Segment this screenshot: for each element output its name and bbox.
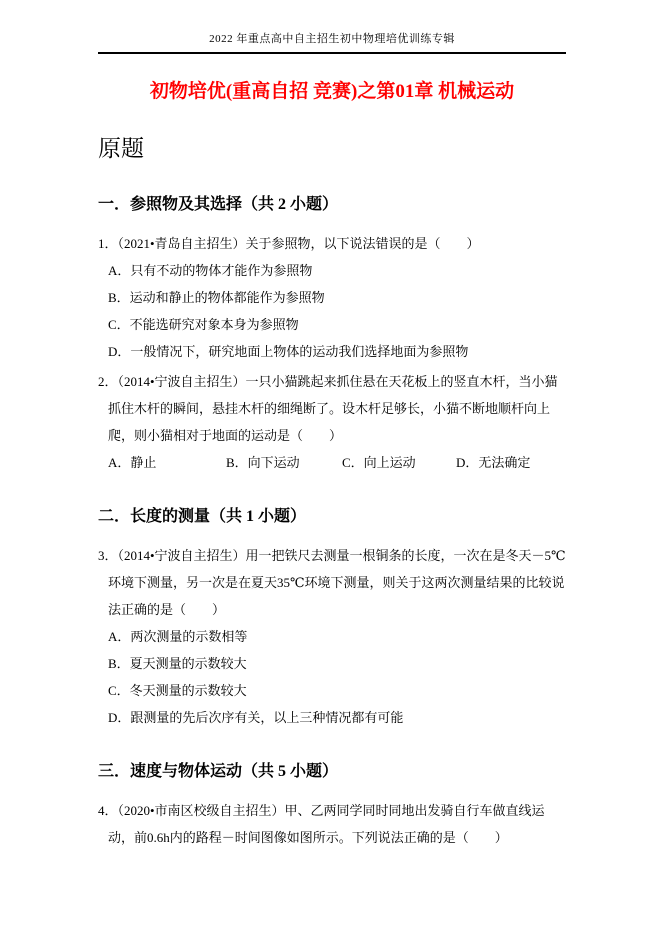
document-content: 2022 年重点高中自主招生初中物理培优训练专辑 初物培优(重高自招 竞赛)之第… <box>0 0 661 851</box>
option-c: C．不能选研究对象本身为参照物 <box>98 311 566 338</box>
document-page: 2022 年重点高中自主招生初中物理培优训练专辑 初物培优(重高自招 竞赛)之第… <box>0 0 661 935</box>
option-a: A．只有不动的物体才能作为参照物 <box>98 257 566 284</box>
question-options: A．两次测量的示数相等 B．夏天测量的示数较大 C．冬天测量的示数较大 D．跟测… <box>98 623 566 731</box>
question-2: 2．（2014•宁波自主招生）一只小猫跳起来抓住悬在天花板上的竖直木杆，当小猫抓… <box>98 368 566 476</box>
section-length-measurement: 二．长度的测量（共 1 小题） 3．（2014•宁波自主招生）用一把铁尺去测量一… <box>98 506 566 731</box>
question-stem: 4．（2020•市南区校级自主招生）甲、乙两同学同时同地出发骑自行车做直线运动，… <box>98 797 566 851</box>
main-heading: 原题 <box>98 134 566 164</box>
question-options: A．只有不动的物体才能作为参照物 B．运动和静止的物体都能作为参照物 C．不能选… <box>98 257 566 365</box>
question-stem: 2．（2014•宁波自主招生）一只小猫跳起来抓住悬在天花板上的竖直木杆，当小猫抓… <box>98 368 566 449</box>
question-4: 4．（2020•市南区校级自主招生）甲、乙两同学同时同地出发骑自行车做直线运动，… <box>98 797 566 851</box>
question-stem: 1．（2021•青岛自主招生）关于参照物，以下说法错误的是（ ） <box>98 230 566 257</box>
question-options: A．静止 B．向下运动 C．向上运动 D．无法确定 <box>98 449 566 476</box>
option-b: B．向下运动 <box>226 449 342 476</box>
section-speed-and-motion: 三．速度与物体运动（共 5 小题） 4．（2020•市南区校级自主招生）甲、乙两… <box>98 761 566 851</box>
header-rule <box>98 52 566 54</box>
section-reference-objects: 一．参照物及其选择（共 2 小题） 1．（2021•青岛自主招生）关于参照物，以… <box>98 194 566 476</box>
option-d: D．一般情况下，研究地面上物体的运动我们选择地面为参照物 <box>98 338 566 365</box>
option-b: B．夏天测量的示数较大 <box>98 650 566 677</box>
question-3: 3．（2014•宁波自主招生）用一把铁尺去测量一根铜条的长度，一次在是冬天－5℃… <box>98 542 566 731</box>
option-c: C．冬天测量的示数较大 <box>98 677 566 704</box>
question-stem: 3．（2014•宁波自主招生）用一把铁尺去测量一根铜条的长度，一次在是冬天－5℃… <box>98 542 566 623</box>
document-title: 初物培优(重高自招 竞赛)之第01章 机械运动 <box>98 79 566 104</box>
section-heading: 二．长度的测量（共 1 小题） <box>98 506 566 528</box>
question-1: 1．（2021•青岛自主招生）关于参照物，以下说法错误的是（ ） A．只有不动的… <box>98 230 566 365</box>
option-a: A．两次测量的示数相等 <box>98 623 566 650</box>
section-heading: 一．参照物及其选择（共 2 小题） <box>98 194 566 216</box>
option-a: A．静止 <box>108 449 226 476</box>
option-d: D．无法确定 <box>456 449 566 476</box>
option-d: D．跟测量的先后次序有关，以上三种情况都有可能 <box>98 704 566 731</box>
running-header: 2022 年重点高中自主招生初中物理培优训练专辑 <box>98 32 566 46</box>
option-b: B．运动和静止的物体都能作为参照物 <box>98 284 566 311</box>
option-c: C．向上运动 <box>342 449 456 476</box>
section-heading: 三．速度与物体运动（共 5 小题） <box>98 761 566 783</box>
